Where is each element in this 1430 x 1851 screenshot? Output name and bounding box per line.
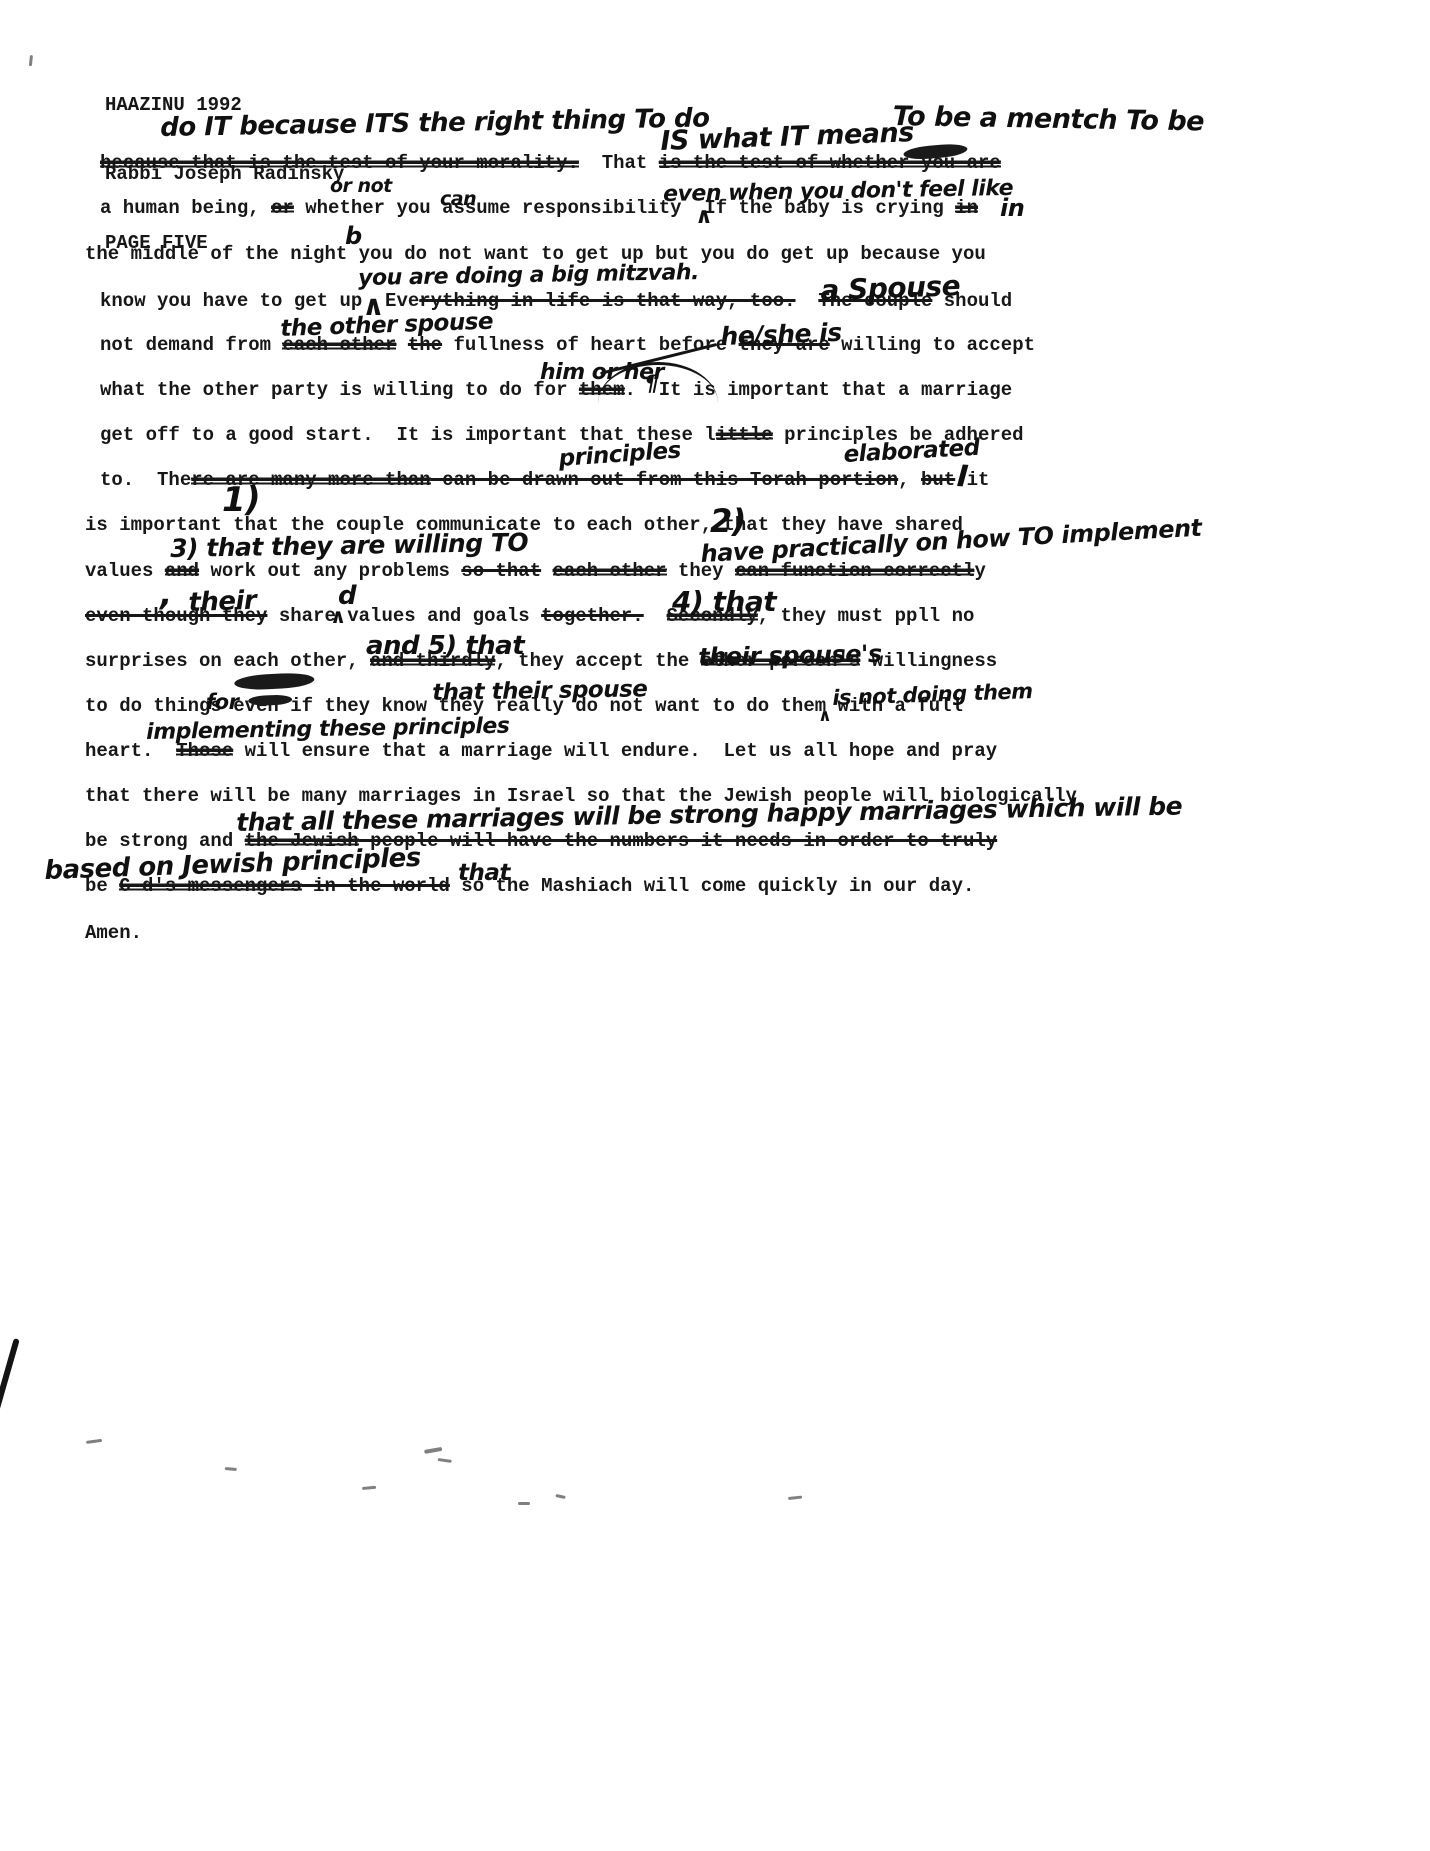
typed-text: Amen. [85,922,142,944]
handwritten-annotation: IS what IT means [660,119,914,155]
typed-text: y [974,560,985,582]
handwritten-annotation: I [956,462,969,493]
typed-text: willing to accept [830,334,1035,356]
scan-speck [86,1439,102,1444]
handwritten-annotation: their spouse's [698,642,882,669]
handwritten-annotation: To be a mentch To be [893,103,1205,135]
ink-scribble [234,672,315,691]
struck-out-text: together. [541,605,644,627]
handwritten-annotation: is not doing them [832,681,1033,709]
typed-text: whether you assume responsibility [294,197,682,219]
typed-text: to. The [100,469,191,491]
typed-text: , [898,469,921,491]
typed-line: Amen. [85,922,142,944]
typed-text: , they accept the [495,650,700,672]
typed-line: not demand from each other the fullness … [100,334,1035,356]
document-page: HAAZINU 1992 Rabbi Joseph Radinsky PAGE … [0,0,1430,1851]
handwritten-annotation: ∧ [818,708,831,725]
handwritten-annotation: for [206,692,238,713]
struck-out-text: each other [553,560,667,582]
handwritten-annotation: 3) that they are willing TO [170,530,528,561]
struck-out-text: so that [461,560,541,582]
handwritten-annotation: ∧ [695,206,712,228]
handwritten-annotation: that [458,862,510,885]
scan-speck [29,55,33,66]
typed-text: be strong and [85,830,245,852]
handwritten-annotation: 1) [222,483,260,517]
typed-line: the middle of the night you do not want … [85,243,986,265]
typed-line: because that is the test of your moralit… [100,152,1001,174]
struck-out-text: can be drawn out from this Torah portion [431,469,898,491]
typed-text: a human being, [100,197,271,219]
struck-out-text: in the world [302,875,450,897]
typed-text: the middle of the night you do not want … [85,243,986,265]
handwritten-annotation: that their spouse [432,678,648,705]
typed-text: values [85,560,165,582]
typed-line: be strong and the Jewish people will hav… [85,830,997,852]
handwritten-annotation: b [345,224,362,248]
typed-text: so the Mashiach will come quickly in our… [450,875,975,897]
scan-speck [518,1502,530,1505]
scan-speck [555,1494,565,1499]
handwritten-annotation: you are doing a big mitzvah. [358,262,699,290]
typed-line: values and work out any problems so that… [85,560,986,582]
handwritten-annotation: principles [558,439,682,470]
handwritten-annotation: even when you don't feel like [663,178,1013,206]
typed-text: surprises on each other, [85,650,370,672]
struck-out-text: or [271,197,294,219]
typed-text: share values and goals [267,605,541,627]
struck-out-text: people will have the numbers it needs in… [359,830,998,852]
handwritten-annotation: can [440,190,476,209]
typed-text: , they must ppll no [758,605,975,627]
typed-text [644,605,667,627]
handwritten-annotation: , [160,578,172,610]
handwritten-annotation: and 5) that [366,633,524,659]
scan-speck [225,1467,237,1471]
typed-text: not demand from [100,334,282,356]
handwritten-annotation: a Spouse [820,272,961,305]
struck-out-text: because that is the test of your moralit… [100,152,579,174]
struck-out-text: but [921,469,955,491]
struck-out-text: ittle [716,424,773,446]
scan-speck [362,1486,376,1490]
handwritten-annotation: do IT because ITS the right thing To do [160,105,710,141]
scan-speck [424,1447,442,1454]
scan-speck [438,1458,452,1463]
handwritten-annotation: ∧ [330,606,346,626]
typed-text: what the other party is willing to do fo… [100,379,579,401]
handwritten-annotation: their [188,588,257,616]
typed-text: fullness of heart before [442,334,738,356]
typed-text: work out any problems [199,560,461,582]
handwritten-annotation: 2) [710,505,746,537]
handwritten-annotation: or not [330,177,392,196]
typed-text: That [579,152,659,174]
typed-text: will ensure that a marriage will endure.… [233,740,997,762]
typed-text: know you have to get up [100,290,362,312]
pen-stroke [0,1338,20,1575]
handwritten-annotation: 4) that [672,588,776,616]
scan-speck [788,1496,802,1500]
typed-text [541,560,552,582]
handwritten-annotation: he/she is [720,320,842,349]
typed-text [796,290,819,312]
handwritten-annotation: in [1000,196,1024,220]
